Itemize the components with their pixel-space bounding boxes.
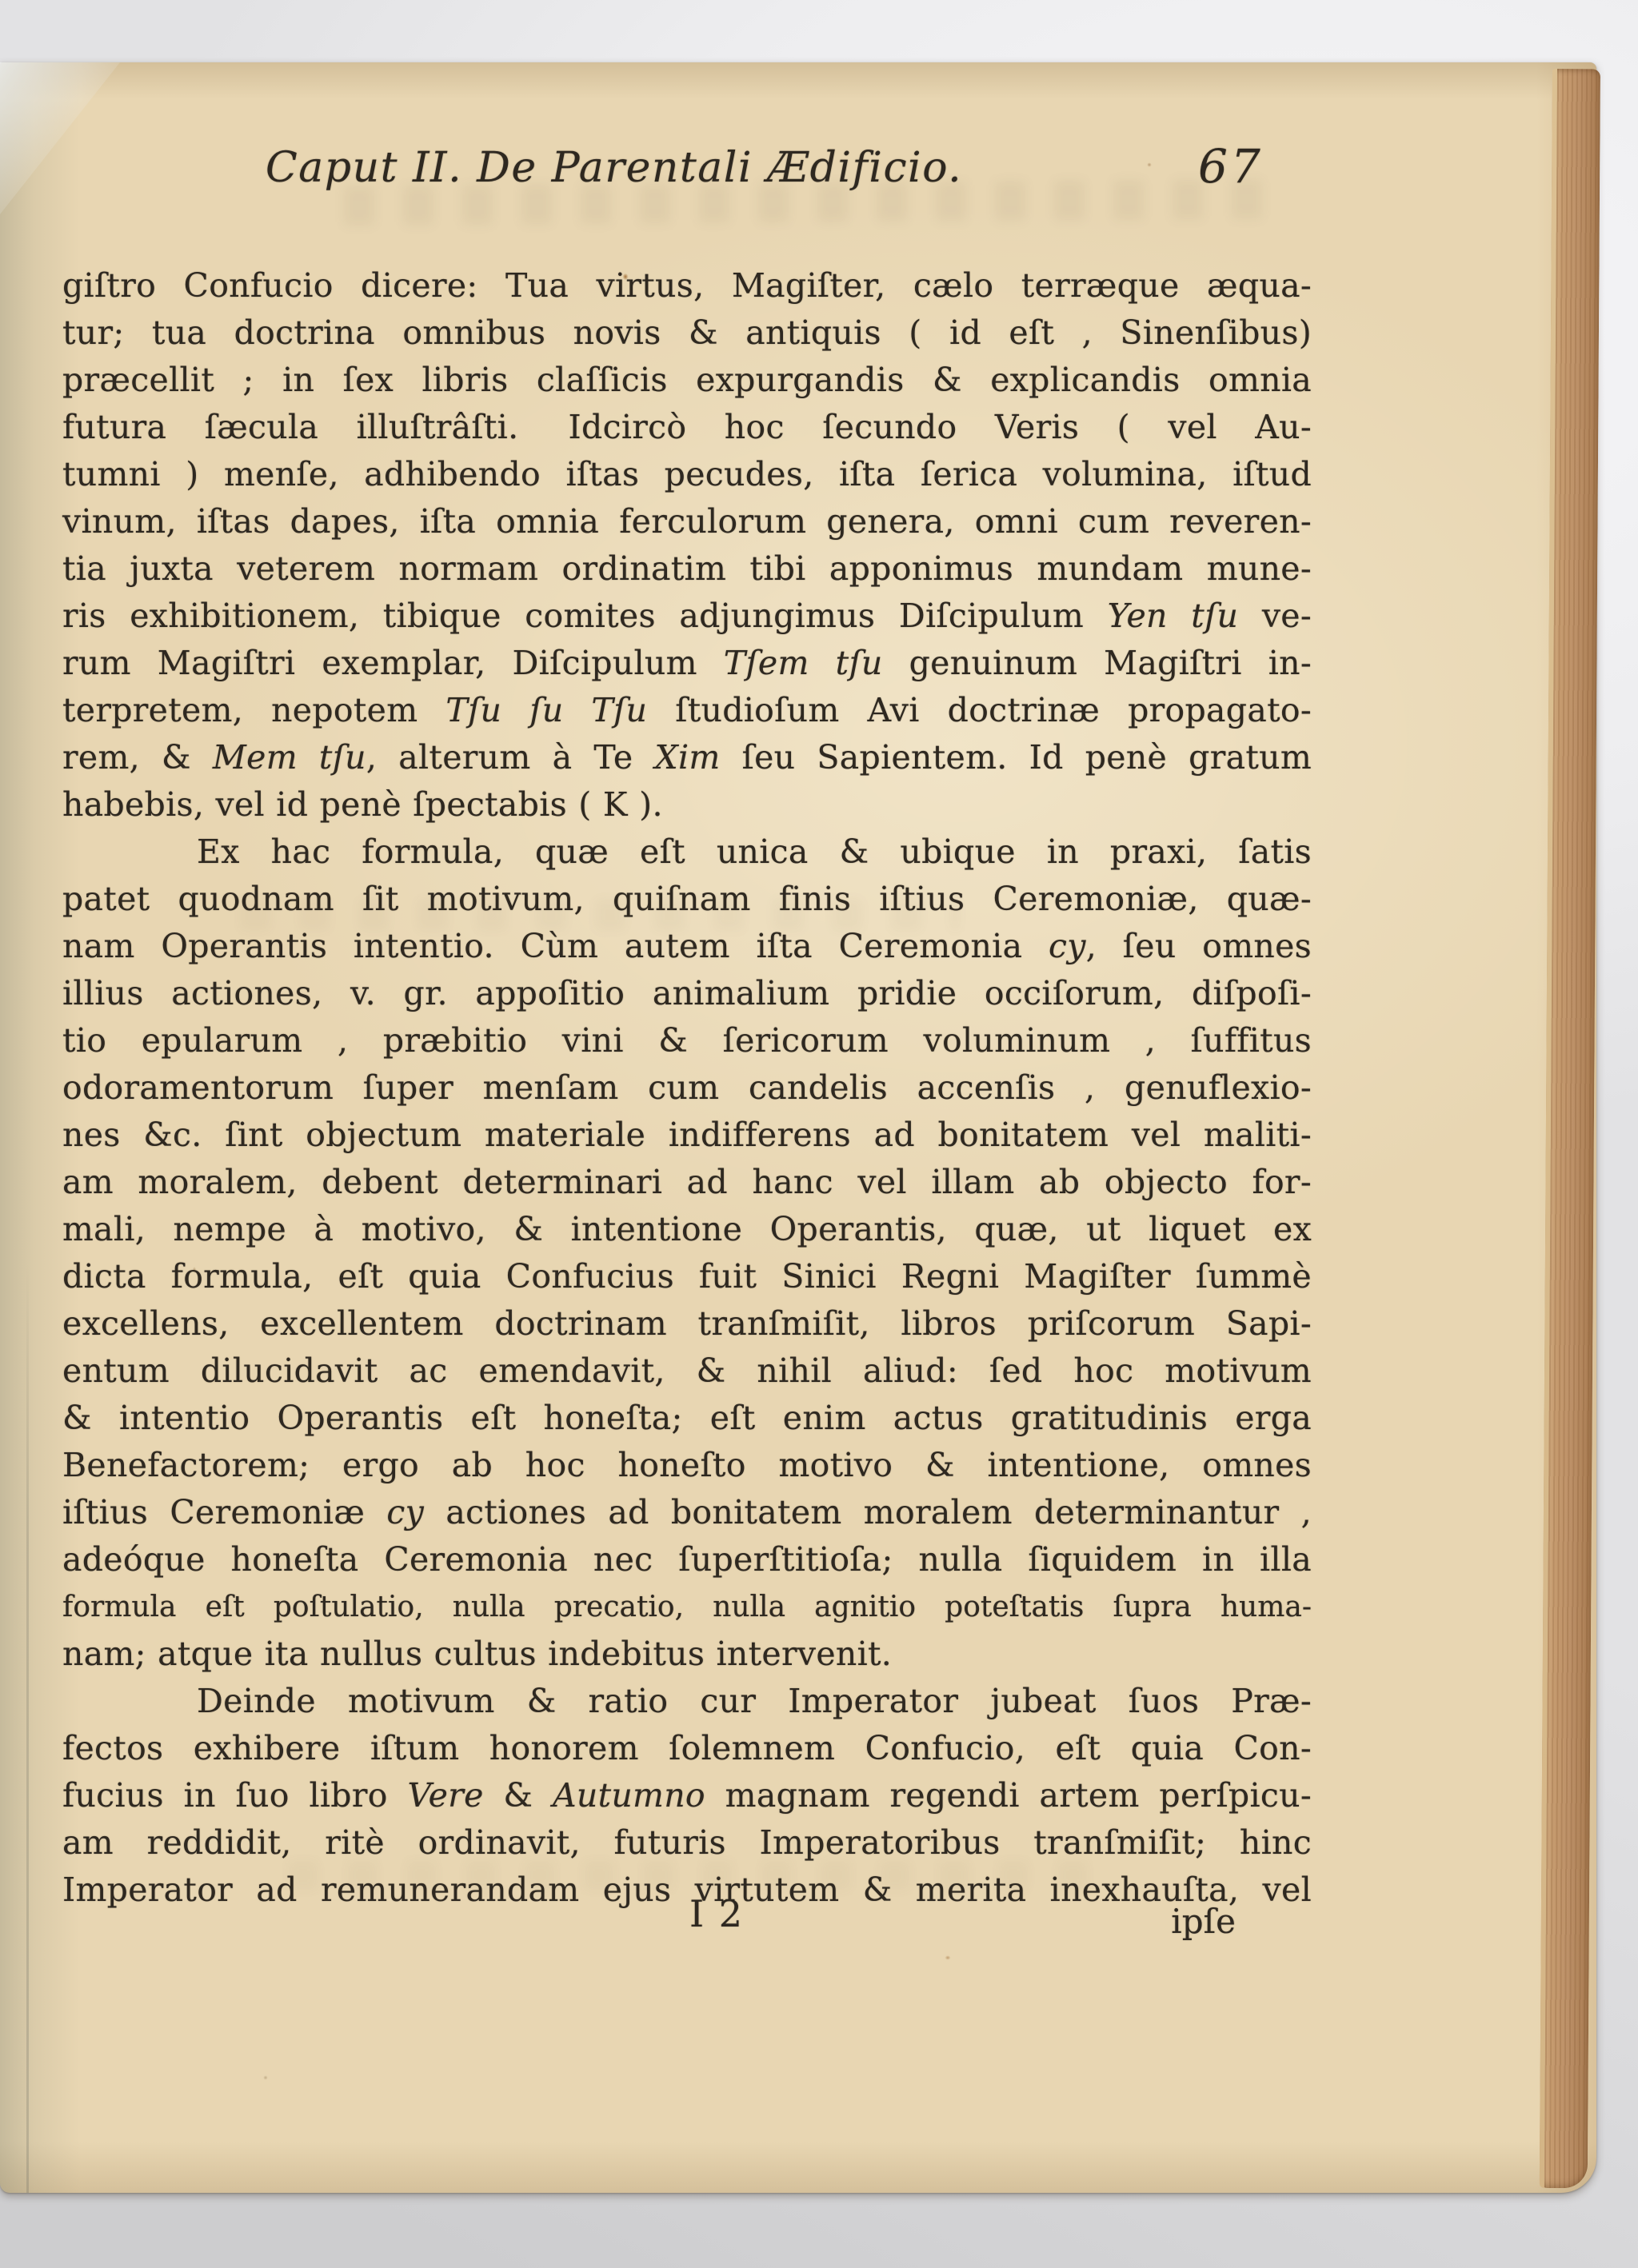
text-line: mali, nempe à motivo, & intentione Opera… <box>62 1206 1312 1253</box>
text-line: nes &c. ſint objectum materiale indiffer… <box>62 1112 1312 1159</box>
text-line: præcellit ; in ſex libris claſſicis expu… <box>62 357 1312 404</box>
text-line: rum Magiſtri exemplar, Diſcipulum Tſem t… <box>62 640 1312 687</box>
page-number: 67 <box>1198 139 1264 194</box>
text-line: formula eſt poſtulatio, nulla precatio, … <box>62 1583 1312 1631</box>
text-line: terpretem, nepotem Tſu ſu Tſu ſtudioſum … <box>62 687 1312 734</box>
text-line: illius actiones, v. gr. appoſitio animal… <box>62 970 1312 1017</box>
text-line: nam Operantis intentio. Cùm autem iſta C… <box>62 923 1312 970</box>
text-line: ris exhibitionem, tibique comites adjung… <box>62 593 1312 640</box>
text-line: excellens, excellentem doctrinam tranſmi… <box>62 1300 1312 1348</box>
text-line: tio epularum , præbitio vini & ſericorum… <box>62 1017 1312 1064</box>
catchword: ipſe <box>1104 1902 1236 1941</box>
text-line: Benefactorem; ergo ab hoc honeſto motivo… <box>62 1442 1312 1489</box>
text-line: vinum, iſtas dapes, iſta omnia ferculoru… <box>62 498 1312 545</box>
text-line: dicta formula, eſt quia Confucius fuit S… <box>62 1253 1312 1300</box>
text-line: patet quodnam ſit motivum, quiſnam finis… <box>62 876 1312 923</box>
text-line: am reddidit, ritè ordinavit, futuris Imp… <box>62 1819 1312 1867</box>
text-line: fucius in ſuo libro Vere & Autumno magna… <box>62 1772 1312 1819</box>
book-page: Caput II. De Parentali Ædificio. 67 giſt… <box>0 62 1596 2193</box>
text-line: tumni ) menſe, adhibendo iſtas pecudes, … <box>62 451 1312 498</box>
page-edge-line <box>26 1262 29 2193</box>
text-line: giſtro Confucio dicere: Tua virtus, Magi… <box>62 262 1312 309</box>
text-line: iſtius Ceremoniæ cy actiones ad bonitate… <box>62 1489 1312 1536</box>
text-line: adeóque honeſta Ceremonia nec ſuperſtiti… <box>62 1536 1312 1583</box>
text-line: futura ſæcula illuſtrâſti. Idcircò hoc ſ… <box>62 404 1312 451</box>
text-line: rem, & Mem tſu, alterum à Te Xim ſeu Sap… <box>62 734 1312 781</box>
text-line: entum dilucidavit ac emendavit, & nihil … <box>62 1348 1312 1395</box>
text-line: nam; atque ita nullus cultus indebitus i… <box>62 1631 1312 1678</box>
running-head: Caput II. De Parentali Ædificio. 67 <box>0 144 1360 216</box>
text-line: tur; tua doctrina omnibus novis & antiqu… <box>62 309 1312 357</box>
gathering-signature: I 2 <box>689 1892 744 1935</box>
scanned-book-page-screenshot: { "scan": { "header": { "title": "Caput … <box>0 0 1638 2268</box>
text-line: tia juxta veterem normam ordinatim tibi … <box>62 545 1312 593</box>
text-line: habebis, vel id penè ſpectabis ( K ). <box>62 781 1312 829</box>
text-line: fectos exhibere iſtum honorem ſolemnem C… <box>62 1725 1312 1772</box>
text-line: Ex hac formula, quæ eſt unica & ubique i… <box>62 829 1312 876</box>
chapter-heading: Caput II. De Parentali Ædificio. <box>266 144 962 192</box>
body-text-block: giſtro Confucio dicere: Tua virtus, Magi… <box>62 262 1312 1914</box>
text-line: odoramentorum ſuper menſam cum candelis … <box>62 1064 1312 1112</box>
text-line: am moralem, debent determinari ad hanc v… <box>62 1159 1312 1206</box>
text-line: Deinde motivum & ratio cur Imperator jub… <box>62 1678 1312 1725</box>
text-line: & intentio Operantis eſt honeſta; eſt en… <box>62 1395 1312 1442</box>
